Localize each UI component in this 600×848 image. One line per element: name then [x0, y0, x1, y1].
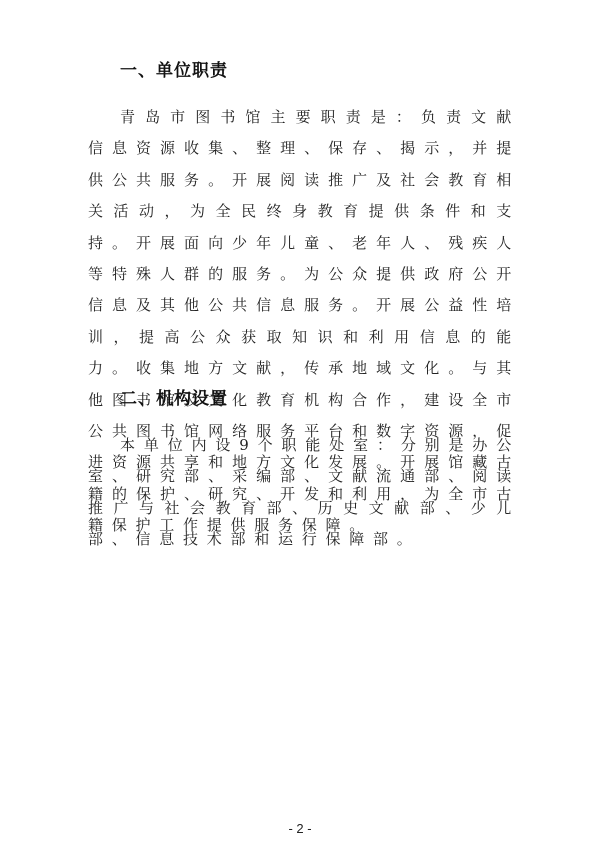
section-paragraph-organization: 本单位内设9个职能处室：分别是办公室、研究部、采编部、文献流通部、阅读推广与社会…	[88, 430, 520, 556]
page-number: - 2 -	[0, 821, 600, 836]
section-heading-responsibilities: 一、单位职责	[120, 60, 228, 82]
section-heading-organization: 二、机构设置	[120, 388, 228, 410]
document-page: 一、单位职责 青岛市图书馆主要职责是：负责文献信息资源收集、整理、保存、揭示，并…	[0, 0, 600, 848]
